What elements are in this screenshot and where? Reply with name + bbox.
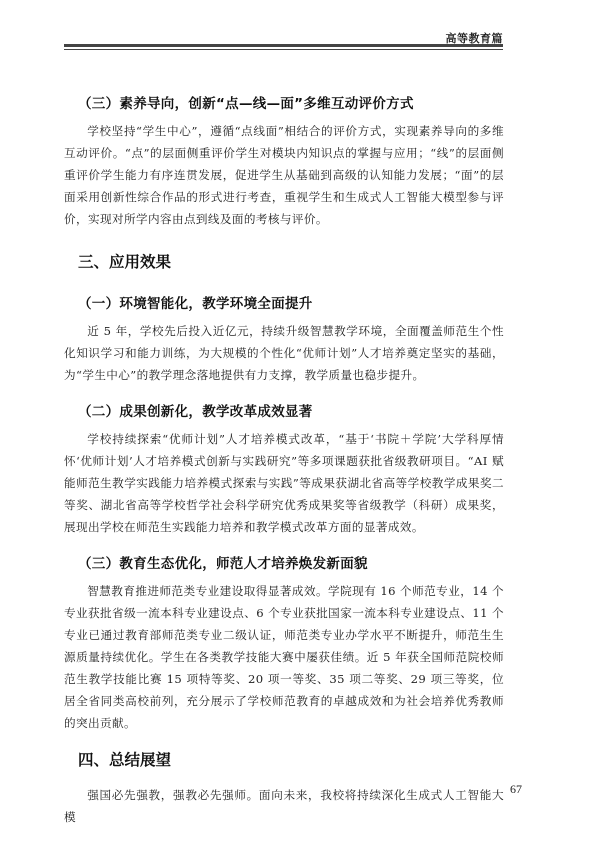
paragraph-achievements: 学校持续探索“优师计划”人才培养模式改革，“基于‘书院＋学院’大学科厚情怀‘优师… bbox=[64, 428, 504, 538]
heading-summary-outlook: 四、总结展望 bbox=[78, 748, 504, 770]
subheading-environment: （一）环境智能化，教学环境全面提升 bbox=[78, 292, 504, 312]
subheading-ecosystem: （三）教育生态优化，师范人才培养焕发新面貌 bbox=[78, 552, 504, 572]
paragraph-evaluation: 学校坚持“学生中心”，遵循“点线面”相结合的评价方式，实现素养导向的多维互动评价… bbox=[64, 120, 504, 230]
page-body: （三）素养导向，创新“点—线—面”多维互动评价方式 学校坚持“学生中心”，遵循“… bbox=[64, 92, 504, 828]
header-rule-thin bbox=[64, 49, 503, 50]
header-rule-thick bbox=[64, 44, 503, 47]
page-number: 67 bbox=[510, 782, 522, 797]
paragraph-environment: 近 5 年，学校先后投入近亿元，持续升级智慧教学环境，全面覆盖师范生个性化知识学… bbox=[64, 320, 504, 386]
subheading-achievements: （二）成果创新化，教学改革成效显著 bbox=[78, 400, 504, 420]
paragraph-outlook: 强国必先强教，强教必先强师。面向未来，我校将持续深化生成式人工智能大模 bbox=[64, 784, 504, 828]
subheading-evaluation-method: （三）素养导向，创新“点—线—面”多维互动评价方式 bbox=[78, 92, 504, 112]
heading-application-effects: 三、应用效果 bbox=[78, 250, 504, 272]
document-page: 高等教育篇 （三）素养导向，创新“点—线—面”多维互动评价方式 学校坚持“学生中… bbox=[0, 0, 600, 849]
paragraph-ecosystem: 智慧教育推进师范类专业建设取得显著成效。学院现有 16 个师范专业，14 个专业… bbox=[64, 580, 504, 734]
